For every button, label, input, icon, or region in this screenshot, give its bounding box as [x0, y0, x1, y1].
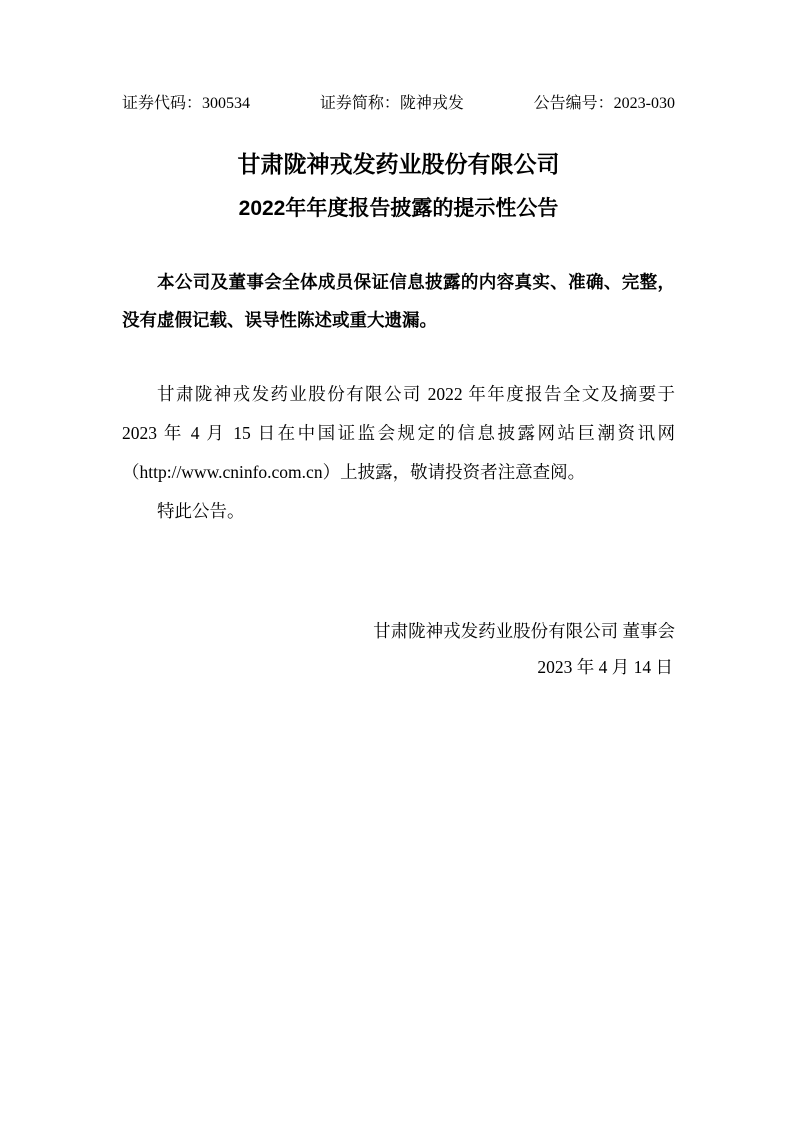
announcement-number-label: 公告编号：2023-030	[534, 93, 675, 115]
disclosure-body-paragraph: 甘肃陇神戎发药业股份有限公司 2022 年年度报告全文及摘要于 2023 年 4…	[122, 375, 675, 492]
stock-code-label: 证券代码：300534	[122, 93, 250, 115]
signature-block: 甘肃陇神戎发药业股份有限公司 董事会 2023 年 4 月 14 日	[122, 613, 675, 685]
signature-company-line: 甘肃陇神戎发药业股份有限公司 董事会	[122, 613, 675, 649]
stock-short-name-label: 证券简称：陇神戎发	[320, 93, 464, 115]
page-content: 证券代码：300534 证券简称：陇神戎发 公告编号：2023-030 甘肃陇神…	[0, 0, 793, 685]
board-declaration-paragraph: 本公司及董事会全体成员保证信息披露的内容真实、准确、完整，没有虚假记载、误导性陈…	[122, 263, 675, 339]
company-title: 甘肃陇神戎发药业股份有限公司	[122, 151, 675, 177]
closing-statement: 特此公告。	[122, 492, 675, 531]
announcement-page: 证券代码：300534 证券简称：陇神戎发 公告编号：2023-030 甘肃陇神…	[0, 0, 793, 1122]
announcement-subtitle: 2022年年度报告披露的提示性公告	[122, 196, 675, 221]
securities-header-row: 证券代码：300534 证券简称：陇神戎发 公告编号：2023-030	[122, 93, 675, 115]
signature-date-line: 2023 年 4 月 14 日	[122, 649, 675, 685]
